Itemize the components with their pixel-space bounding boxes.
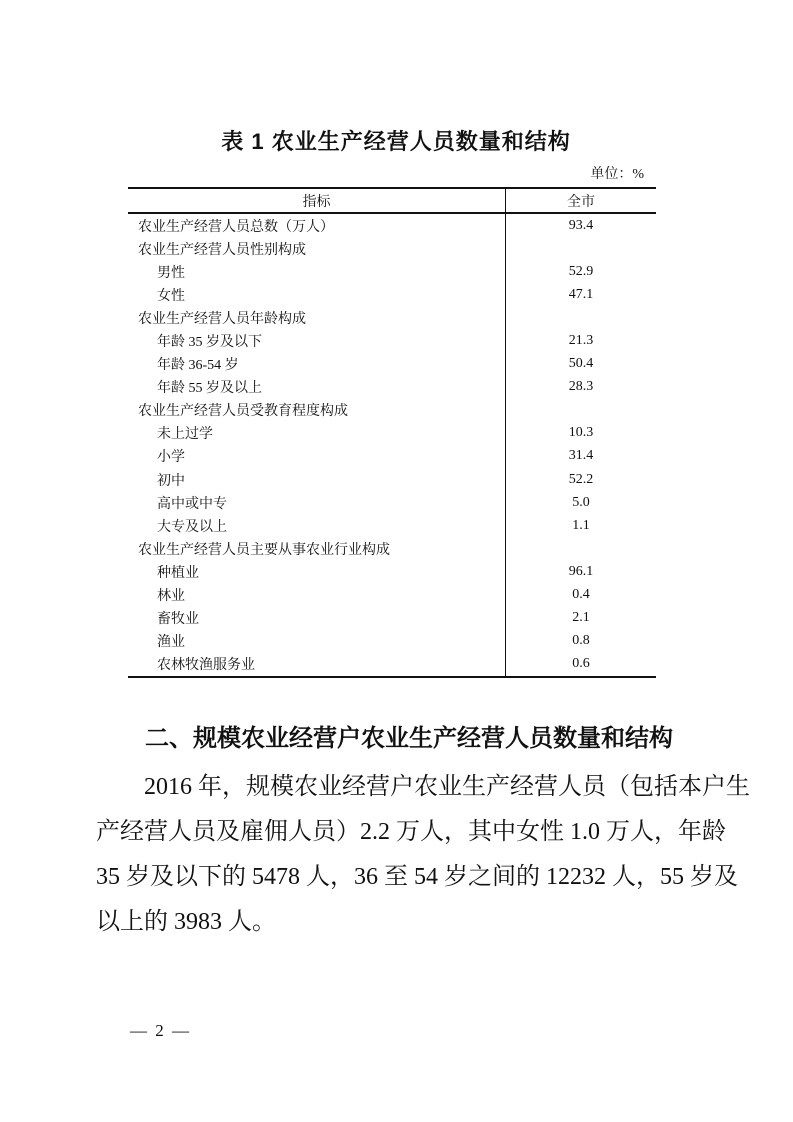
page-number: — 2 — [130, 1021, 696, 1041]
table-row: 农业生产经营人员年龄构成 [128, 306, 656, 329]
table-row: 畜牧业 2.1 [128, 607, 656, 630]
table-row-value: 0.6 [505, 653, 656, 676]
table-row: 高中或中专 5.0 [128, 491, 656, 514]
table-row-label: 农林牧渔服务业 [128, 653, 505, 676]
table-row-value: 5.0 [505, 491, 656, 514]
table-row: 女性 47.1 [128, 283, 656, 306]
paragraph-line: 35 岁及以下的 5478 人，36 至 54 岁之间的 12232 人，55 … [96, 855, 696, 900]
table-row-value: 28.3 [505, 376, 656, 399]
table-row-value [505, 306, 656, 329]
table-row-label: 种植业 [128, 560, 505, 583]
table-row-label: 渔业 [128, 630, 505, 653]
table-title: 表 1 农业生产经营人员数量和结构 [96, 0, 696, 158]
document-page: 表 1 农业生产经营人员数量和结构 单位：% 指标 全市 农业生产经营人员总数（… [0, 0, 793, 1122]
table-row: 初中 52.2 [128, 468, 656, 491]
page-content: 表 1 农业生产经营人员数量和结构 单位：% 指标 全市 农业生产经营人员总数（… [96, 0, 696, 1041]
table-row: 农业生产经营人员主要从事农业行业构成 [128, 537, 656, 560]
table-row-label: 农业生产经营人员总数（万人） [128, 214, 505, 237]
table-row-label: 农业生产经营人员主要从事农业行业构成 [128, 537, 505, 560]
table-row-value: 31.4 [505, 445, 656, 468]
table-row: 未上过学 10.3 [128, 422, 656, 445]
table-row: 年龄 36-54 岁 50.4 [128, 353, 656, 376]
table-row: 渔业 0.8 [128, 630, 656, 653]
table-row-label: 女性 [128, 283, 505, 306]
table-header-region: 全市 [505, 189, 656, 212]
table-row-label: 高中或中专 [128, 491, 505, 514]
table-row-label: 农业生产经营人员性别构成 [128, 237, 505, 260]
table-row-label: 年龄 35 岁及以下 [128, 329, 505, 352]
table-row-value: 1.1 [505, 514, 656, 537]
table-row-value [505, 537, 656, 560]
table-row-value: 47.1 [505, 283, 656, 306]
table-block: 单位：% 指标 全市 农业生产经营人员总数（万人） 93.4 农 [128, 166, 656, 678]
table-row-label: 年龄 36-54 岁 [128, 353, 505, 376]
table-row: 年龄 55 岁及以上 28.3 [128, 376, 656, 399]
table-row: 年龄 35 岁及以下 21.3 [128, 329, 656, 352]
table-row-value: 21.3 [505, 329, 656, 352]
section-paragraph: 2016 年，规模农业经营户农业生产经营人员（包括本户生 产经营人员及雇佣人员）… [96, 765, 696, 945]
table-row-value [505, 399, 656, 422]
table-row-value: 10.3 [505, 422, 656, 445]
table-row: 农林牧渔服务业 0.6 [128, 653, 656, 676]
table-header-indicator: 指标 [128, 189, 505, 212]
paragraph-line: 以上的 3983 人。 [96, 900, 696, 945]
table-row-label: 林业 [128, 584, 505, 607]
table-row-label: 初中 [128, 468, 505, 491]
table-row: 农业生产经营人员受教育程度构成 [128, 399, 656, 422]
paragraph-line: 2016 年，规模农业经营户农业生产经营人员（包括本户生 [96, 765, 696, 810]
table-row-label: 农业生产经营人员受教育程度构成 [128, 399, 505, 422]
table-row-label: 小学 [128, 445, 505, 468]
table-row-value [505, 237, 656, 260]
paragraph-line: 产经营人员及雇佣人员）2.2 万人，其中女性 1.0 万人，年龄 [96, 810, 696, 855]
table-body: 农业生产经营人员总数（万人） 93.4 农业生产经营人员性别构成 男性 52.9 [128, 214, 656, 676]
table-row: 种植业 96.1 [128, 560, 656, 583]
table-row-label: 畜牧业 [128, 607, 505, 630]
table-row: 男性 52.9 [128, 260, 656, 283]
table-row-value: 2.1 [505, 607, 656, 630]
section-heading: 二、规模农业经营户农业生产经营人员数量和结构 [145, 722, 696, 755]
table-header-row: 指标 全市 [128, 189, 656, 214]
table-row: 农业生产经营人员性别构成 [128, 237, 656, 260]
table-row-value: 52.2 [505, 468, 656, 491]
table-row-label: 男性 [128, 260, 505, 283]
table-row-value: 52.9 [505, 260, 656, 283]
table-row-label: 大专及以上 [128, 514, 505, 537]
table-row-value: 0.8 [505, 630, 656, 653]
table-row-value: 0.4 [505, 584, 656, 607]
table-row: 农业生产经营人员总数（万人） 93.4 [128, 214, 656, 237]
table-row: 大专及以上 1.1 [128, 514, 656, 537]
table-row-label: 未上过学 [128, 422, 505, 445]
table-row-label: 年龄 55 岁及以上 [128, 376, 505, 399]
table-row: 小学 31.4 [128, 445, 656, 468]
table-row-label: 农业生产经营人员年龄构成 [128, 306, 505, 329]
table-row: 林业 0.4 [128, 584, 656, 607]
table-unit-label: 单位：% [128, 166, 656, 184]
table-row-value: 96.1 [505, 560, 656, 583]
table-row-value: 50.4 [505, 353, 656, 376]
table-row-value: 93.4 [505, 214, 656, 237]
statistics-table: 指标 全市 农业生产经营人员总数（万人） 93.4 农业生产经营人员性别构成 [128, 187, 656, 678]
